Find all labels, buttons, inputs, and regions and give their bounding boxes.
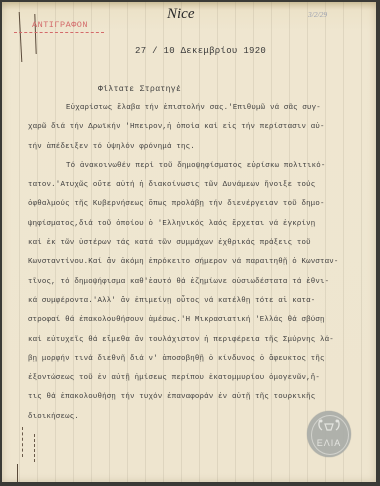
body-line: Κωνσταντίνου.Καί ἄν ἀκόμη ἐπρόκειτο σήμε…	[28, 253, 358, 272]
body-line: καί ἐκ τῶν ὑστέρων τάς κατά τῶν συμμάχων…	[28, 234, 358, 253]
body-line: τατον.'Ατυχῶς οὔτε αὐτή ἡ διακοίνωσις τῶ…	[28, 176, 358, 195]
body-line: χαρῶ διά τήν Δρωϊκήν 'Ηπειρον,ἡ ὁποία κα…	[28, 118, 358, 137]
body-line: Τό ἀνακοινωθέν περί τοῦ δημοψηφίσματος ε…	[28, 157, 358, 176]
document-page: ΑΝΤΙΓΡΑΦΟΝ Nice 3/2/29 27 / 10 Δεκεμβρίο…	[2, 2, 376, 482]
pencil-mark	[22, 427, 23, 457]
body-line: τήν ἀπέδειξεν τό ὑψηλόν φρόνημά της.	[28, 138, 358, 157]
body-line: ὀφθαλμούς τῆς Κυβερνήσεως ὅπως προλάβῃ τ…	[28, 195, 358, 214]
letter-body: Εὐχαρίστως ἔλαβα τήν ἐπιστολήν σας.'Επιθ…	[28, 99, 358, 427]
seal-text: ΕΛΙΑ	[307, 438, 351, 448]
body-line: καί εὐτυχεῖς θά εἴμεθα ἄν τουλάχιστον ἡ …	[28, 331, 358, 350]
archive-seal: ΕΛΙΑ	[307, 411, 351, 457]
stamp-underline	[14, 32, 104, 33]
body-line: στροφαί θά ἐπακολουθήσουν ἀμέσως.'Η Μικρ…	[28, 311, 358, 330]
pencil-mark	[34, 434, 35, 462]
margin-line	[17, 464, 18, 482]
body-line: βῃ μορφήν τινά διεθνῆ διά ν' ἀποσοβηθῇ ὁ…	[28, 350, 358, 369]
body-line: κά συμφέροντα.'Αλλ' ἄν ἐπιμείνῃ οὗτος νά…	[28, 292, 358, 311]
archive-number: 3/2/29	[308, 10, 327, 19]
body-line: Εὐχαρίστως ἔλαβα τήν ἐπιστολήν σας.'Επιθ…	[28, 99, 358, 118]
body-line: τῖνος, τό δημοψήφισμα καθ'ἑαυτό θά ἐζημί…	[28, 273, 358, 292]
copy-stamp: ΑΝΤΙΓΡΑΦΟΝ	[32, 20, 88, 30]
place-heading: Nice	[167, 6, 195, 23]
body-line: ἐξοντώσεως τοῦ ἐν αὐτῇ ἡμίσεως περίπου ἑ…	[28, 369, 358, 388]
letter-date: 27 / 10 Δεκεμβρίου 1920	[135, 46, 266, 56]
seal-emblem-icon	[316, 418, 342, 436]
margin-line	[19, 12, 23, 62]
body-line: ψηφίσματος,διά τοῦ ὁποίου ὁ 'Ελληνικός λ…	[28, 215, 358, 234]
body-line: τις θά ἐπακολουθήσῃ τήν τυχόν ἐπαναφοράν…	[28, 388, 358, 407]
salutation: Φίλτατε Στρατηγέ	[98, 85, 181, 94]
